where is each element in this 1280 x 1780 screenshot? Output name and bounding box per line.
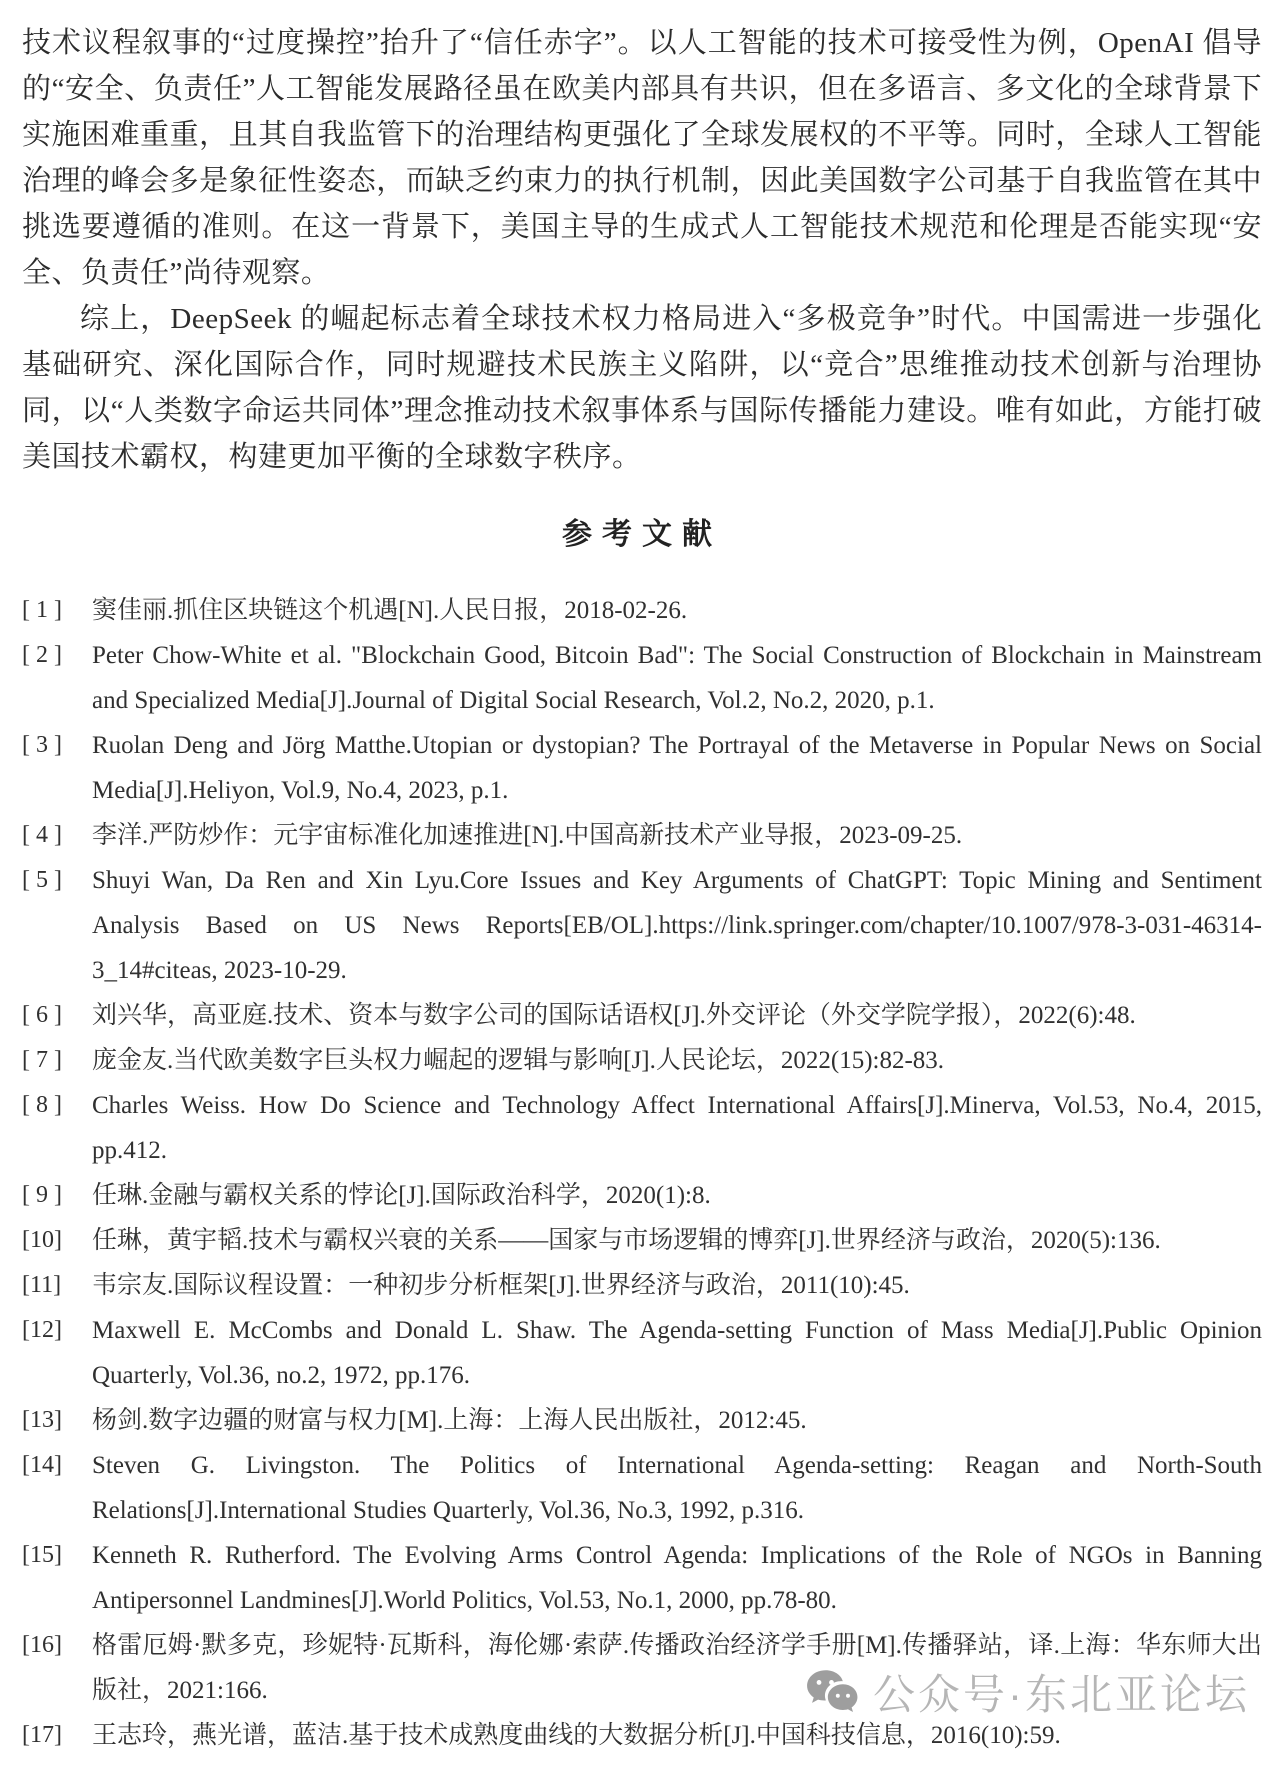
reference-text: Kenneth R. Rutherford. The Evolving Arms… xyxy=(92,1542,1262,1614)
reference-item: [ 6 ]刘兴华，高亚庭.技术、资本与数字公司的国际话语权[J].外交评论（外交… xyxy=(22,993,1262,1038)
reference-text: 韦宗友.国际议程设置：一种初步分析框架[J].世界经济与政治，2011(10):… xyxy=(92,1272,910,1299)
reference-text: 杨剑.数字边疆的财富与权力[M].上海：上海人民出版社，2012:45. xyxy=(92,1407,807,1434)
reference-text: 任琳，黄宇韬.技术与霸权兴衰的关系——国家与市场逻辑的博弈[J].世界经济与政治… xyxy=(92,1227,1161,1254)
reference-number: [10] xyxy=(22,1218,86,1263)
reference-number: [11] xyxy=(22,1263,86,1308)
reference-number: [16] xyxy=(22,1623,86,1668)
reference-number: [ 4 ] xyxy=(22,813,86,858)
reference-number: [ 6 ] xyxy=(22,993,86,1038)
paragraph: 技术议程叙事的“过度操控”抬升了“信任赤字”。以人工智能的技术可接受性为例，Op… xyxy=(22,20,1262,296)
reference-item: [13]杨剑.数字边疆的财富与权力[M].上海：上海人民出版社，2012:45. xyxy=(22,1398,1262,1443)
reference-text: 窦佳丽.抓住区块链这个机遇[N].人民日报，2018-02-26. xyxy=(92,597,687,624)
reference-text: 李洋.严防炒作：元宇宙标准化加速推进[N].中国高新技术产业导报，2023-09… xyxy=(92,822,962,849)
reference-item: [14]Steven G. Livingston. The Politics o… xyxy=(22,1443,1262,1533)
reference-item: [ 7 ]庞金友.当代欧美数字巨头权力崛起的逻辑与影响[J].人民论坛，2022… xyxy=(22,1038,1262,1083)
reference-item: [ 9 ]任琳.金融与霸权关系的悖论[J].国际政治科学，2020(1):8. xyxy=(22,1173,1262,1218)
reference-item: [17]王志玲，燕光谱，蓝洁.基于技术成熟度曲线的大数据分析[J].中国科技信息… xyxy=(22,1713,1262,1758)
reference-text: Charles Weiss. How Do Science and Techno… xyxy=(92,1092,1262,1164)
references-heading: 参考文献 xyxy=(22,512,1262,558)
reference-text: Steven G. Livingston. The Politics of In… xyxy=(92,1452,1262,1524)
reference-item: [15]Kenneth R. Rutherford. The Evolving … xyxy=(22,1533,1262,1623)
reference-number: [ 7 ] xyxy=(22,1038,86,1083)
reference-number: [17] xyxy=(22,1713,86,1758)
reference-number: [ 9 ] xyxy=(22,1173,86,1218)
reference-text: 格雷厄姆·默多克，珍妮特·瓦斯科，海伦娜·索萨.传播政治经济学手册[M].传播驿… xyxy=(92,1632,1262,1704)
reference-text: 任琳.金融与霸权关系的悖论[J].国际政治科学，2020(1):8. xyxy=(92,1182,711,1209)
reference-text: 刘兴华，高亚庭.技术、资本与数字公司的国际话语权[J].外交评论（外交学院学报）… xyxy=(92,1002,1136,1029)
reference-text: 庞金友.当代欧美数字巨头权力崛起的逻辑与影响[J].人民论坛，2022(15):… xyxy=(92,1047,944,1074)
reference-item: [10]任琳，黄宇韬.技术与霸权兴衰的关系——国家与市场逻辑的博弈[J].世界经… xyxy=(22,1218,1262,1263)
reference-text: Ruolan Deng and Jörg Matthe.Utopian or d… xyxy=(92,732,1262,804)
reference-item: [ 1 ]窦佳丽.抓住区块链这个机遇[N].人民日报，2018-02-26. xyxy=(22,588,1262,633)
article-body: 技术议程叙事的“过度操控”抬升了“信任赤字”。以人工智能的技术可接受性为例，Op… xyxy=(22,20,1262,480)
reference-text: Peter Chow-White et al. "Blockchain Good… xyxy=(92,642,1262,714)
reference-item: [ 3 ]Ruolan Deng and Jörg Matthe.Utopian… xyxy=(22,723,1262,813)
document-page: 技术议程叙事的“过度操控”抬升了“信任赤字”。以人工智能的技术可接受性为例，Op… xyxy=(0,0,1280,1780)
reference-number: [13] xyxy=(22,1398,86,1443)
reference-item: [11]韦宗友.国际议程设置：一种初步分析框架[J].世界经济与政治，2011(… xyxy=(22,1263,1262,1308)
reference-text: Maxwell E. McCombs and Donald L. Shaw. T… xyxy=(92,1317,1262,1389)
reference-number: [ 8 ] xyxy=(22,1083,86,1128)
reference-text: 王志玲，燕光谱，蓝洁.基于技术成熟度曲线的大数据分析[J].中国科技信息，201… xyxy=(92,1722,1061,1749)
reference-item: [ 8 ]Charles Weiss. How Do Science and T… xyxy=(22,1083,1262,1173)
reference-number: [14] xyxy=(22,1443,86,1488)
reference-number: [ 2 ] xyxy=(22,633,86,678)
reference-number: [ 1 ] xyxy=(22,588,86,633)
reference-number: [15] xyxy=(22,1533,86,1578)
reference-number: [12] xyxy=(22,1308,86,1353)
reference-item: [ 2 ]Peter Chow-White et al. "Blockchain… xyxy=(22,633,1262,723)
paragraph: 综上，DeepSeek 的崛起标志着全球技术权力格局进入“多极竞争”时代。中国需… xyxy=(22,296,1262,480)
references-list: [ 1 ]窦佳丽.抓住区块链这个机遇[N].人民日报，2018-02-26.[ … xyxy=(22,588,1262,1758)
reference-item: [16]格雷厄姆·默多克，珍妮特·瓦斯科，海伦娜·索萨.传播政治经济学手册[M]… xyxy=(22,1623,1262,1713)
reference-item: [12]Maxwell E. McCombs and Donald L. Sha… xyxy=(22,1308,1262,1398)
reference-number: [ 5 ] xyxy=(22,858,86,903)
reference-item: [ 5 ]Shuyi Wan, Da Ren and Xin Lyu.Core … xyxy=(22,858,1262,993)
reference-text: Shuyi Wan, Da Ren and Xin Lyu.Core Issue… xyxy=(92,867,1262,984)
reference-number: [ 3 ] xyxy=(22,723,86,768)
reference-item: [ 4 ]李洋.严防炒作：元宇宙标准化加速推进[N].中国高新技术产业导报，20… xyxy=(22,813,1262,858)
